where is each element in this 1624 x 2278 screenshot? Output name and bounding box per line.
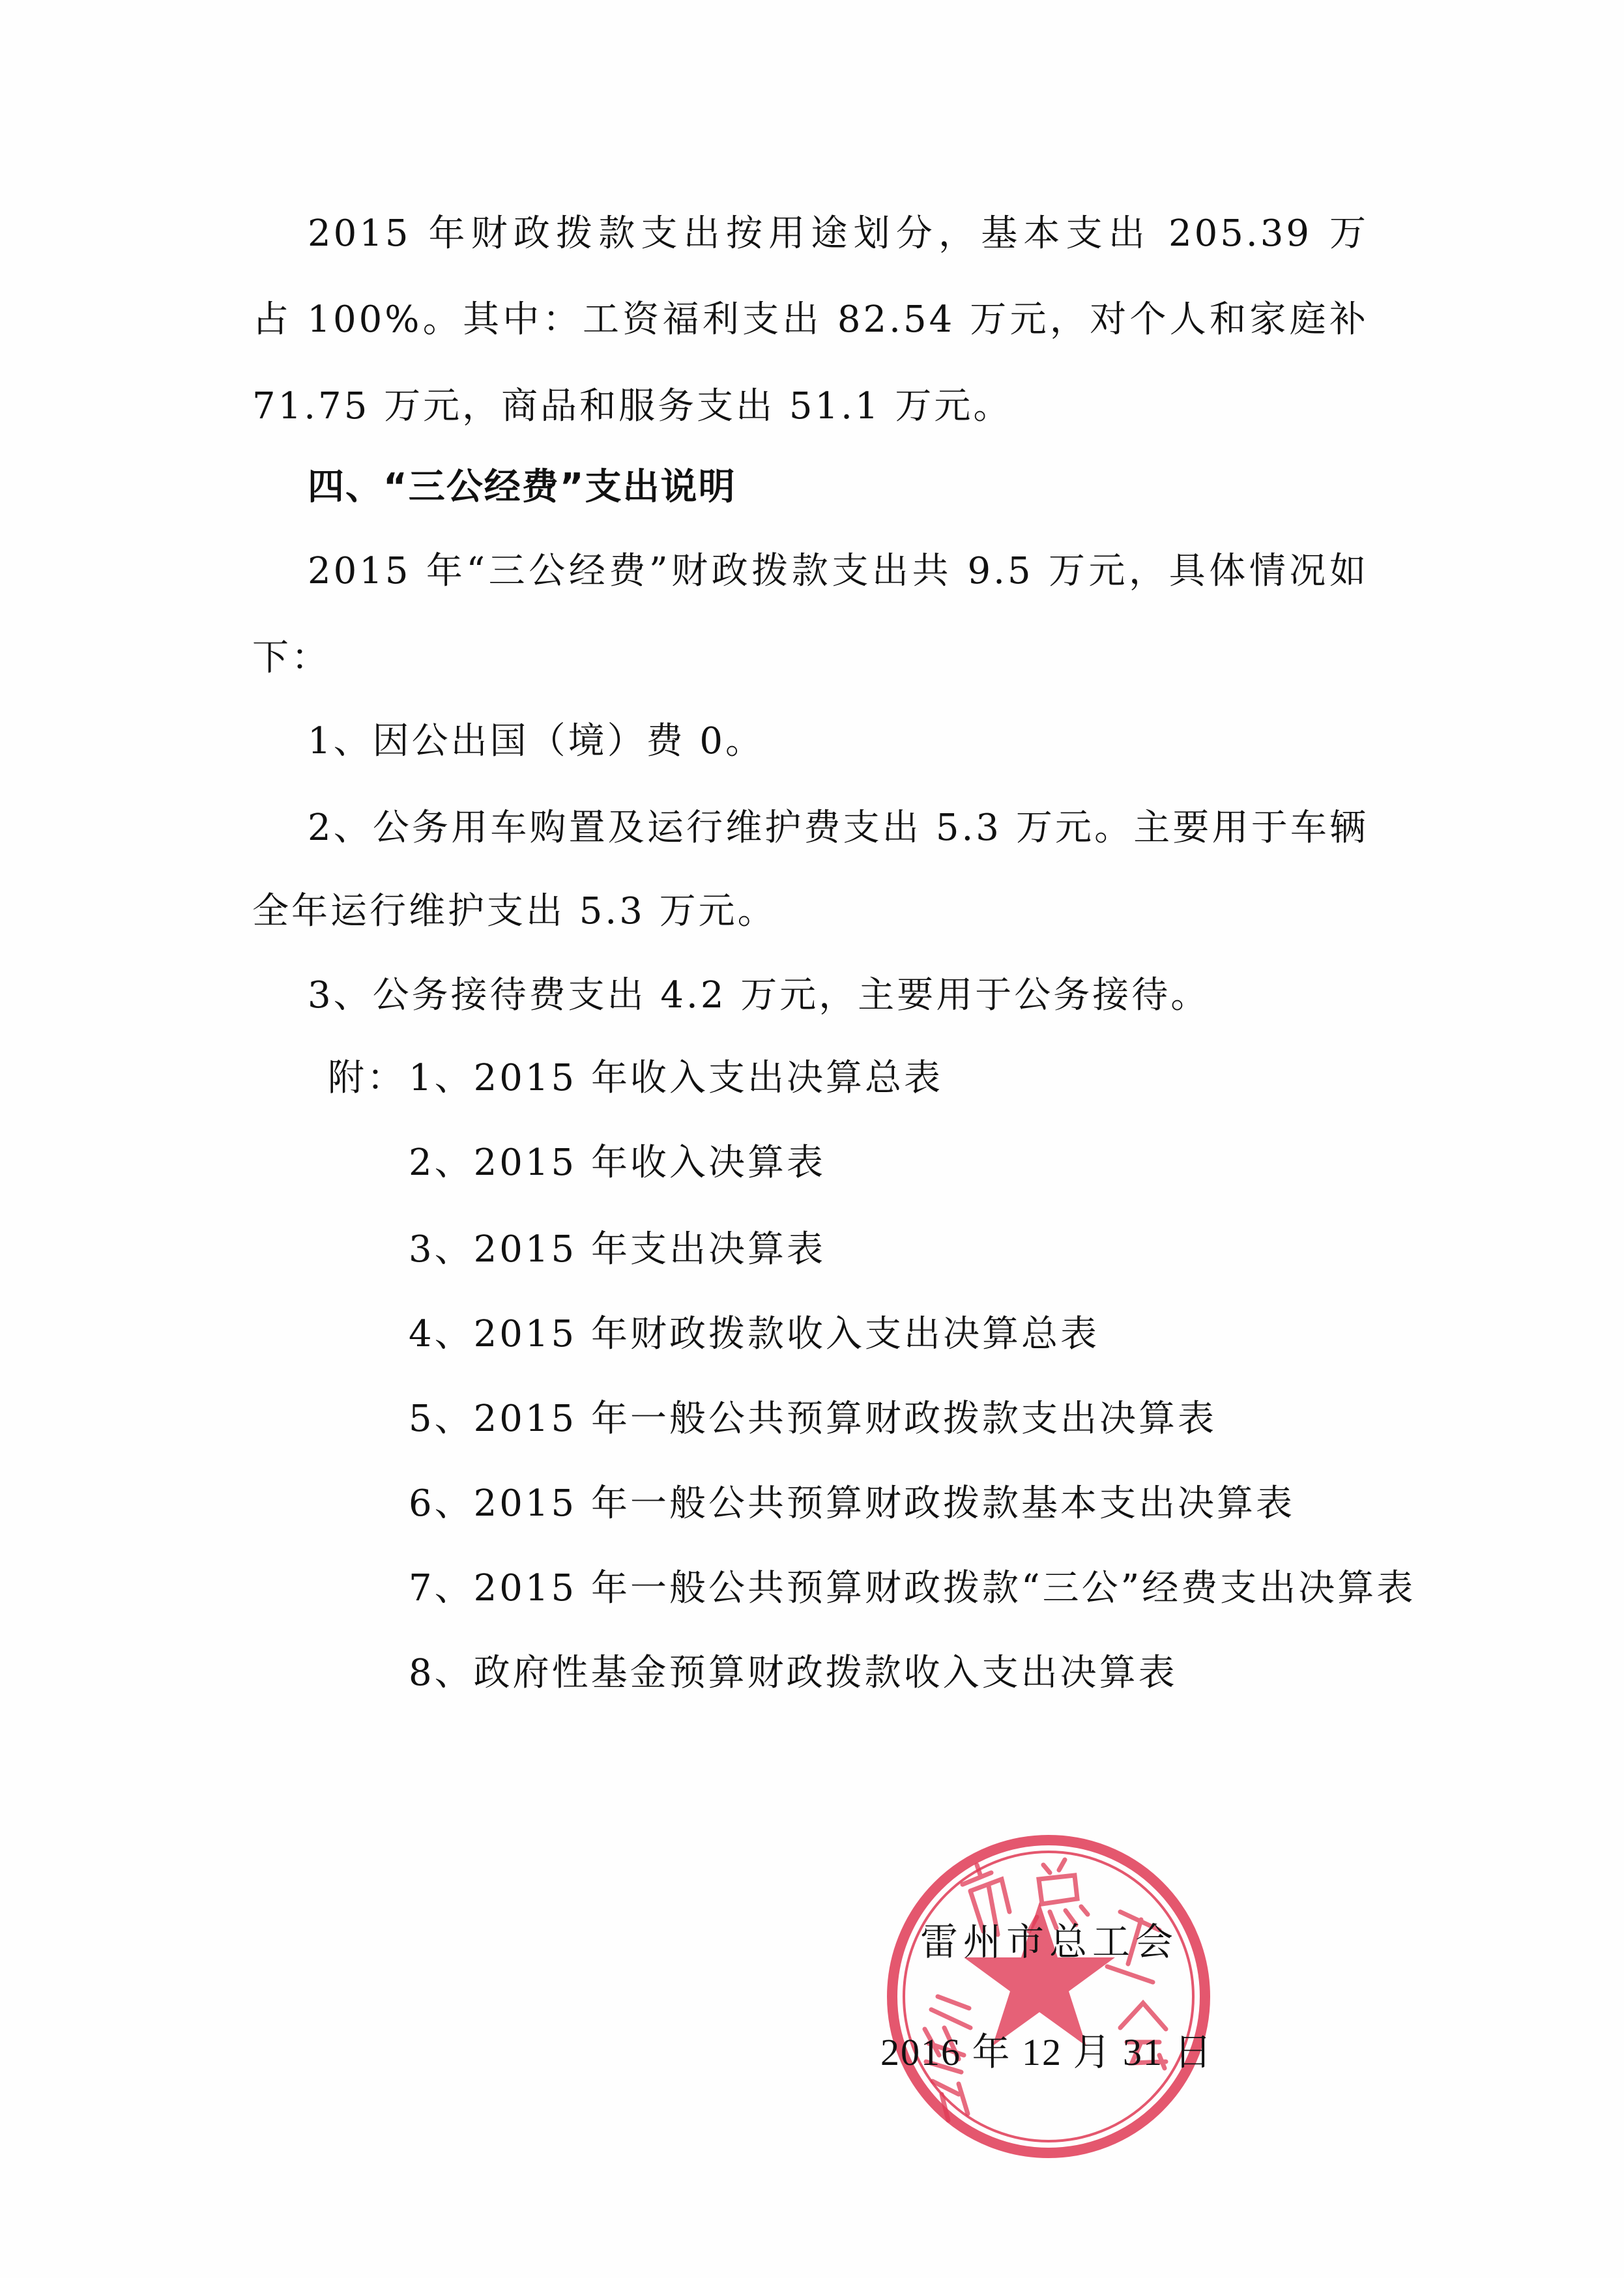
paragraph-1-line-3: 71.75 万元，商品和服务支出 51.1 万元。 [252, 384, 1012, 429]
paragraph-2-line-1: 2015 年“三公经费”财政拨款支出共 9.5 万元，具体情况如 [308, 549, 1369, 594]
attachment-item-4: 4、2015 年财政拨款收入支出决算总表 [409, 1312, 1099, 1357]
item-2-line-1: 2、公务用车购置及运行维护费支出 5.3 万元。主要用于车辆 [308, 805, 1369, 851]
attachment-item-2: 2、2015 年收入决算表 [409, 1140, 826, 1186]
item-2-line-2: 全年运行维护支出 5.3 万元。 [252, 889, 777, 934]
attachment-item-7: 7、2015 年一般公共预算财政拨款“三公”经费支出决算表 [409, 1566, 1415, 1611]
official-seal-stamp [886, 1834, 1211, 2159]
signature-date: 2016 年 12 月 31 日 [880, 2030, 1213, 2075]
attachments-label: 附： [328, 1056, 406, 1101]
signature-organization: 雷州市总工会 [920, 1919, 1178, 1965]
attachment-item-1: 1、2015 年收入支出决算总表 [409, 1056, 943, 1101]
attachment-item-6: 6、2015 年一般公共预算财政拨款基本支出决算表 [409, 1481, 1295, 1527]
item-1: 1、因公出国（境）费 0。 [308, 719, 764, 764]
paragraph-1-line-2: 占 100%。其中：工资福利支出 82.54 万元，对个人和家庭补助 [252, 297, 1369, 343]
attachment-item-3: 3、2015 年支出决算表 [409, 1227, 826, 1273]
document-page: 2015 年财政拨款支出按用途划分，基本支出 205.39 万元， 占 100%… [0, 0, 1624, 2278]
attachment-item-8: 8、政府性基金预算财政拨款收入支出决算表 [409, 1651, 1178, 1696]
item-3: 3、公务接待费支出 4.2 万元，主要用于公务接待。 [308, 973, 1210, 1018]
paragraph-2-line-2: 下： [252, 635, 330, 681]
paragraph-1-line-1: 2015 年财政拨款支出按用途划分，基本支出 205.39 万元， [308, 211, 1369, 257]
attachment-item-5: 5、2015 年一般公共预算财政拨款支出决算表 [409, 1396, 1217, 1442]
section-heading: 四、“三公经费”支出说明 [308, 465, 736, 510]
